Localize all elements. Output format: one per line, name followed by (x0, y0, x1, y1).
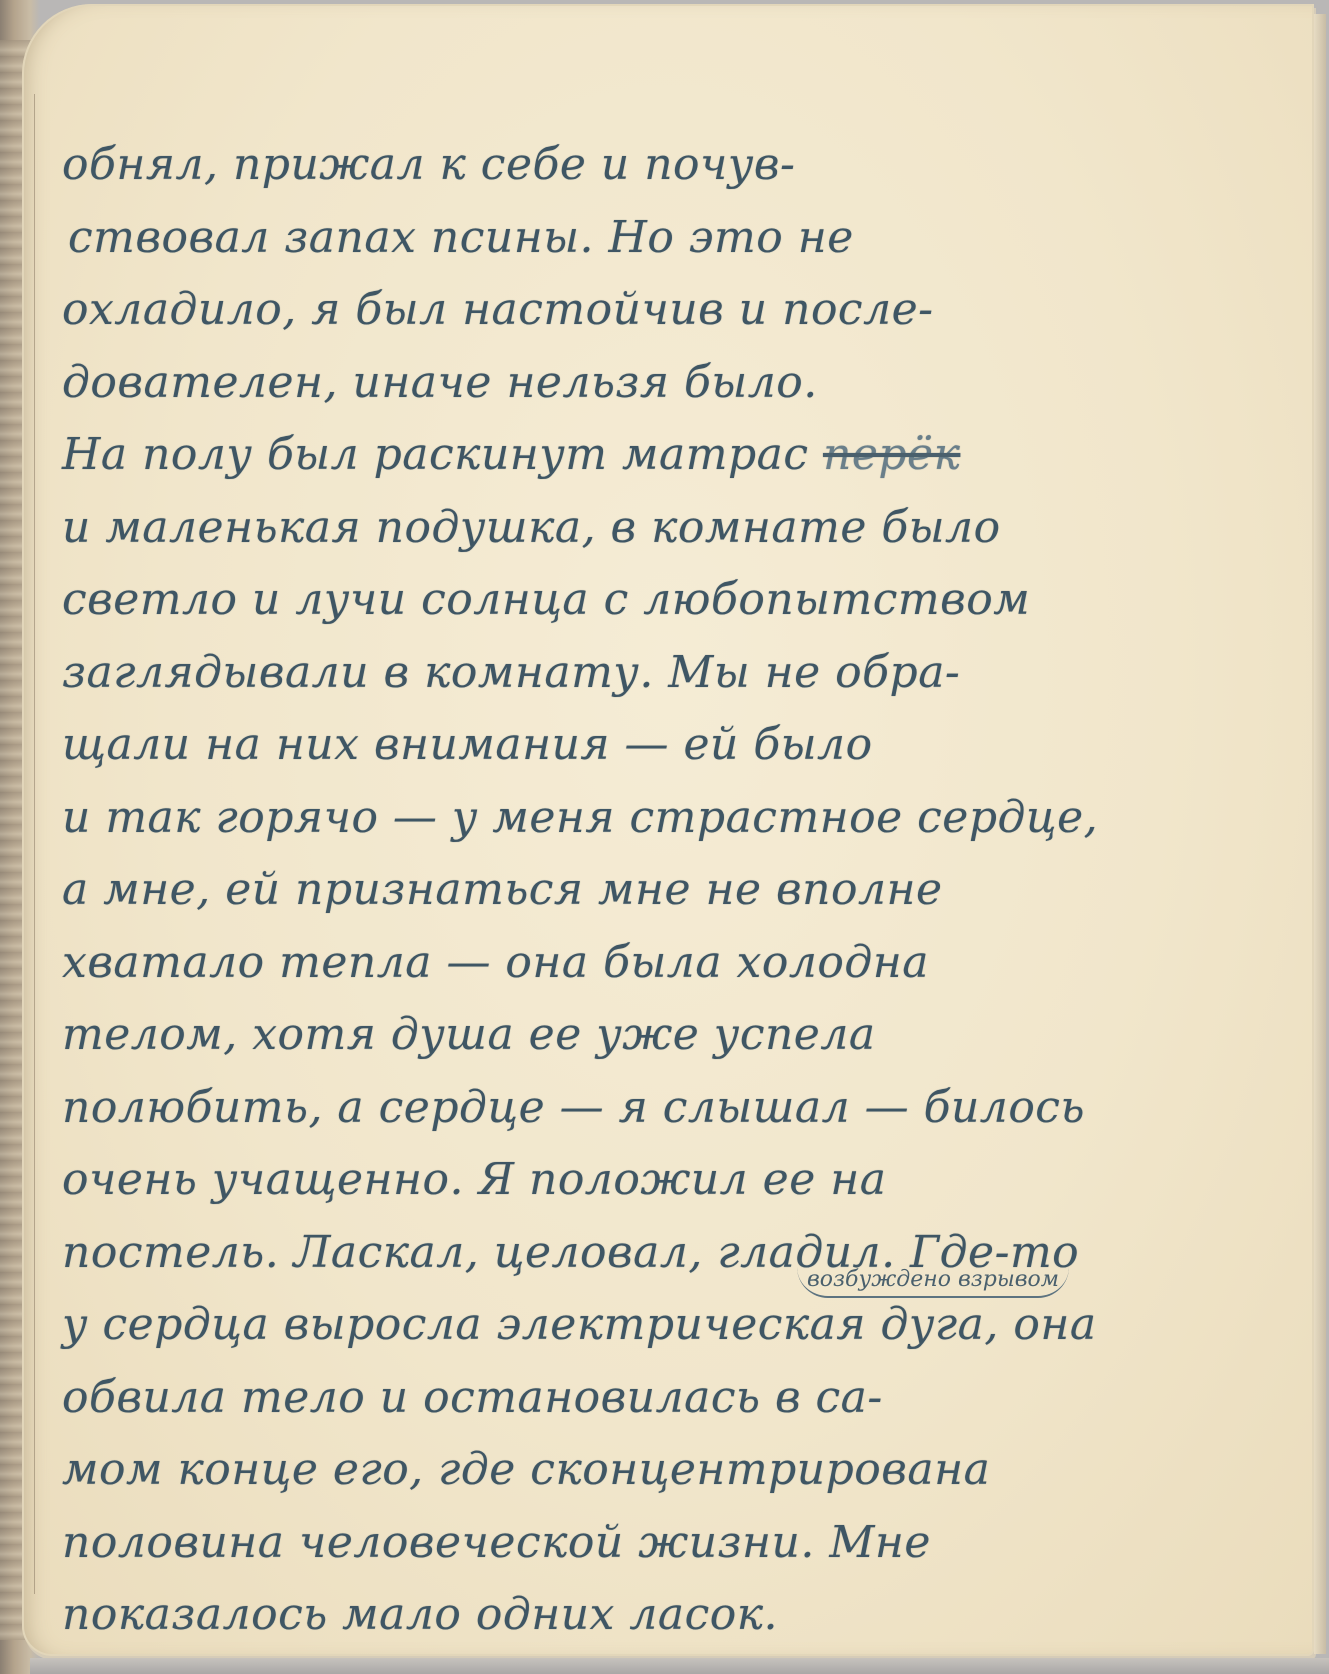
text-line: а мне, ей признаться мне не вполне (62, 854, 1312, 927)
struck-word: перёк (823, 429, 960, 480)
text-line: у сердца выросла электрическая дуга, она (62, 1289, 1312, 1362)
text-line: полюбить, а сердце — я слышал — билось (62, 1072, 1312, 1145)
text-line: дователен, иначе нельзя было. (62, 347, 1312, 420)
text-line: светло и лучи солнца с любопытством (62, 564, 1312, 637)
text-line: охладило, я был настойчив и после- (62, 274, 1312, 347)
handwritten-text: обнял, прижал к себе и почув- ствовал за… (62, 129, 1312, 1652)
text-line: очень учащенно. Я положил ее на (62, 1144, 1312, 1217)
text-line: щали на них внимания — ей было (62, 709, 1312, 782)
text-line: обнял, прижал к себе и почув- (62, 129, 1312, 202)
text-line: хватало тепла — она была холодна (62, 927, 1312, 1000)
text-line: постель. Ласкал, целовал, гладил. Где-то (62, 1217, 1312, 1290)
text-line: На полу был раскинут матрас перёк (62, 419, 1312, 492)
text-line: телом, хотя душа ее уже успела (62, 999, 1312, 1072)
text-line: половина человеческой жизни. Мне (62, 1507, 1312, 1580)
margin-line (34, 94, 35, 1594)
notebook-page: обнял, прижал к себе и почув- ствовал за… (22, 4, 1314, 1656)
text-line-content: На полу был раскинут матрас (62, 429, 808, 480)
text-line: мом конце его, где сконцентрирована (62, 1434, 1312, 1507)
scanned-page: обнял, прижал к себе и почув- ствовал за… (0, 0, 1329, 1674)
page-edge (1314, 14, 1326, 1654)
text-line: показалось мало одних ласок. (62, 1579, 1312, 1652)
text-line: обвила тело и остановилась в са- (62, 1362, 1312, 1435)
text-line: заглядывали в комнату. Мы не обра- (62, 637, 1312, 710)
text-line: ствовал запах псины. Но это не (62, 202, 1312, 275)
scan-bottom-edge (30, 1658, 1329, 1674)
text-line: и так горячо — у меня страстное сердце, (62, 782, 1312, 855)
handwritten-insertion: возбуждено взрывом (797, 1267, 1069, 1298)
text-line: и маленькая подушка, в комнате было (62, 492, 1312, 565)
